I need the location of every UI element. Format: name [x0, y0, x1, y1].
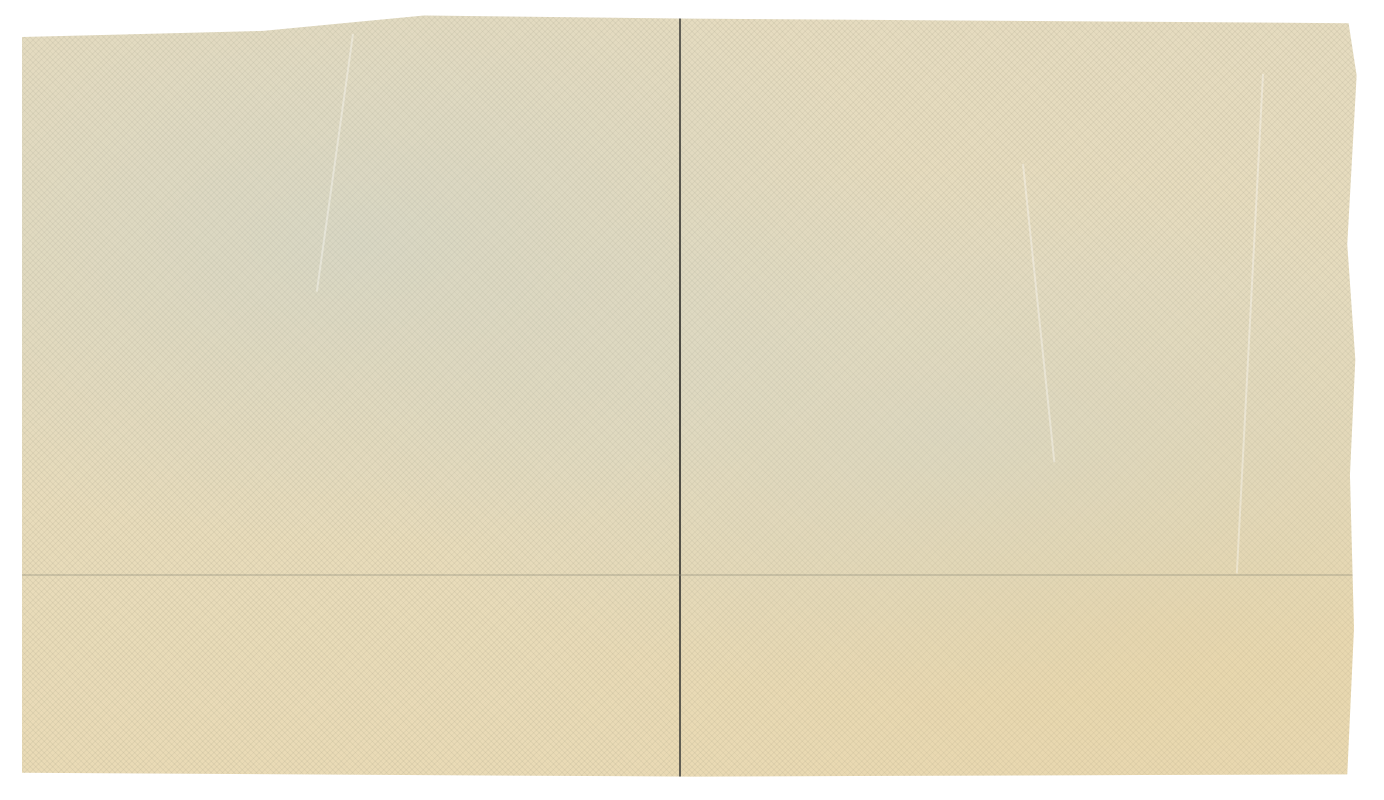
- paper-crease: [1236, 74, 1264, 573]
- paper-sheet: [22, 14, 1362, 782]
- paper-crease: [1022, 164, 1055, 463]
- horizontal-fold-line: [22, 574, 1362, 576]
- vertical-fold-line: [679, 14, 681, 782]
- paper-crease: [316, 34, 354, 292]
